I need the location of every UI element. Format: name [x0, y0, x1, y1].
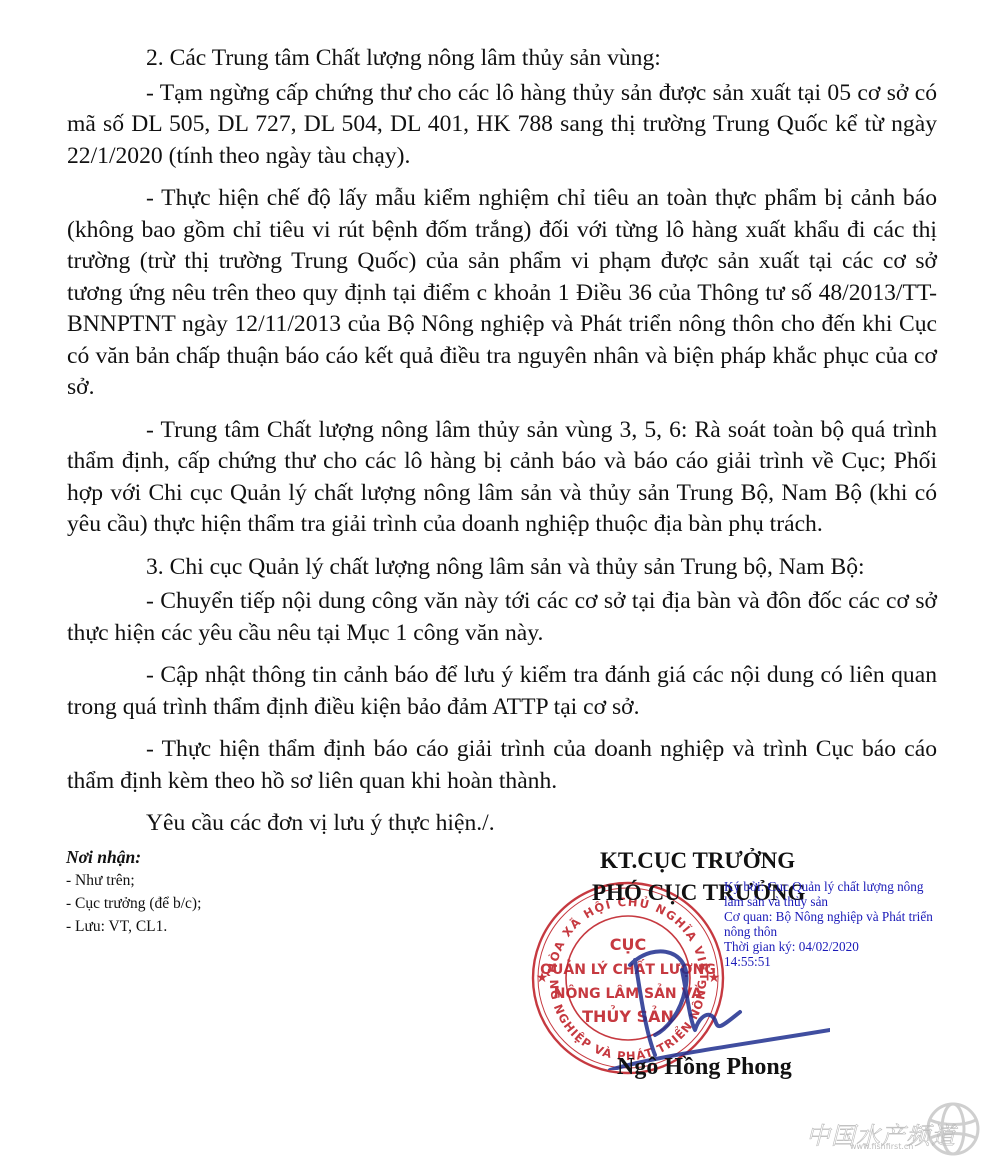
signing-time-label: Thời gian ký: 04/02/2020 — [724, 939, 944, 954]
signing-time-value: 14:55:51 — [724, 954, 944, 969]
section-3-heading: 3. Chi cục Quản lý chất lượng nông lâm s… — [67, 552, 937, 584]
signer-name: Ngô Hồng Phong — [617, 1054, 792, 1081]
recipients-block: Nơi nhận: - Như trên; - Cục trưởng (để b… — [66, 846, 326, 938]
site-watermark: 中国水产频道 www.fishfirst.cn — [806, 1100, 982, 1158]
document-page: 2. Các Trung tâm Chất lượng nông lâm thủ… — [0, 0, 982, 1158]
section-3-item-1: - Chuyển tiếp nội dung công văn này tới … — [67, 586, 937, 649]
recipient-item: - Cục trưởng (để b/c); — [66, 892, 326, 915]
signed-by: Ký bởi: Cục Quản lý chất lượng nông lâm … — [724, 879, 944, 909]
section-3-item-3: - Thực hiện thẩm định báo cáo giải trình… — [67, 734, 937, 797]
recipients-title: Nơi nhận: — [66, 846, 326, 869]
signing-agency: Cơ quan: Bộ Nông nghiệp và Phát triển nô… — [724, 909, 944, 939]
section-2-item-1: - Tạm ngừng cấp chứng thư cho các lô hàn… — [67, 78, 937, 173]
section-2-heading: 2. Các Trung tâm Chất lượng nông lâm thủ… — [67, 43, 937, 75]
digital-signature-info: Ký bởi: Cục Quản lý chất lượng nông lâm … — [724, 879, 944, 969]
section-3-item-2: - Cập nhật thông tin cảnh báo để lưu ý k… — [67, 660, 937, 723]
signer-title-line-1: KT.CỤC TRƯỞNG — [592, 845, 892, 877]
section-2-item-2: - Thực hiện chế độ lấy mẫu kiểm nghiệm c… — [67, 183, 937, 404]
recipient-item: - Như trên; — [66, 869, 326, 892]
recipient-item: - Lưu: VT, CL1. — [66, 915, 326, 938]
closing-line: Yêu cầu các đơn vị lưu ý thực hiện./. — [67, 808, 937, 840]
watermark-url: www.fishfirst.cn — [850, 1142, 913, 1151]
section-2-item-3: - Trung tâm Chất lượng nông lâm thủy sản… — [67, 415, 937, 541]
document-body: 2. Các Trung tâm Chất lượng nông lâm thủ… — [67, 43, 937, 851]
svg-text:★: ★ — [536, 970, 549, 986]
